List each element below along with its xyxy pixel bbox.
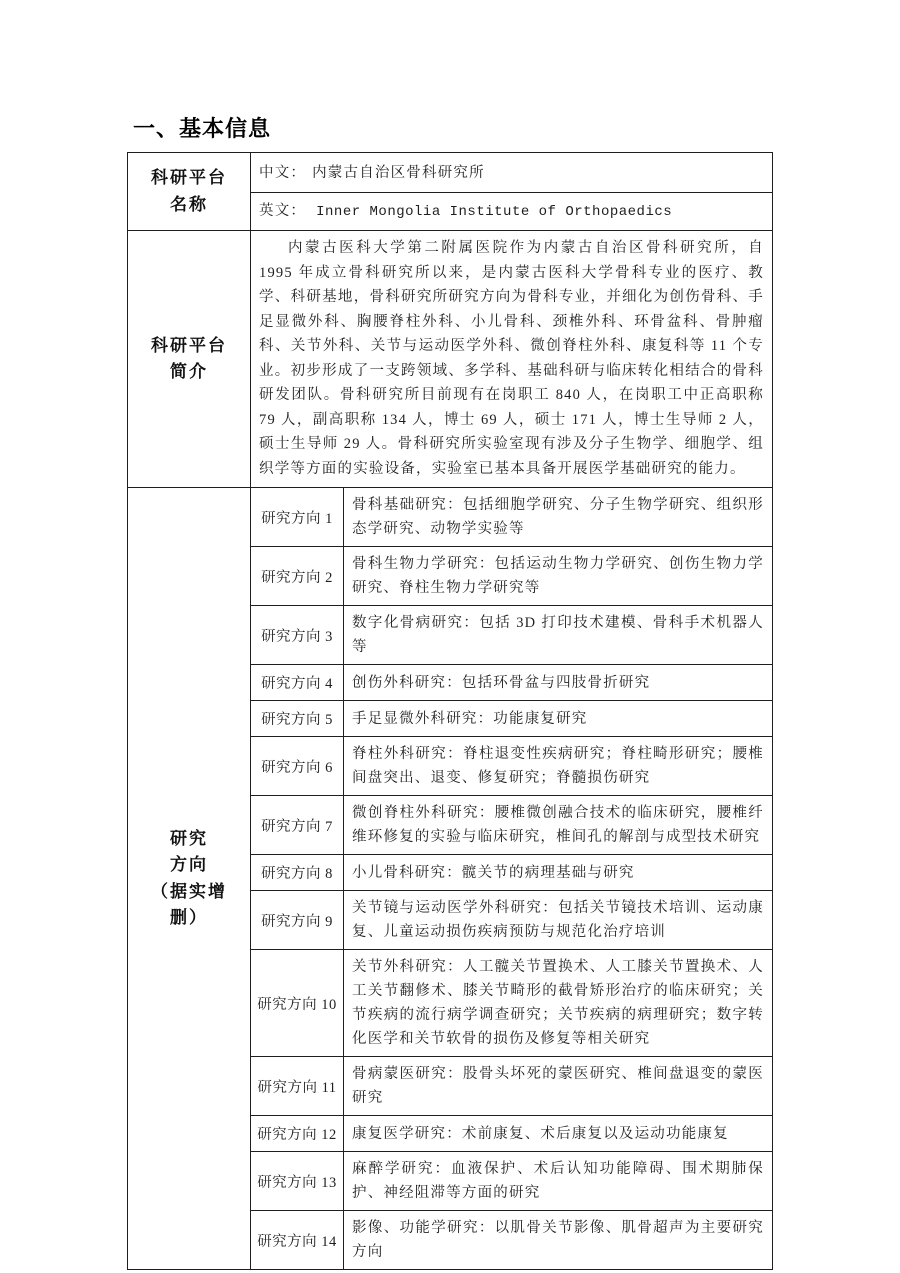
platform-intro-cell: 内蒙古医科大学第二附属医院作为内蒙古自治区骨科研究所，自 1995 年成立骨科研… (251, 231, 773, 488)
direction-label: 研究方向 2 (251, 547, 344, 606)
direction-label: 研究方向 1 (251, 488, 344, 547)
direction-label: 研究方向 13 (251, 1152, 344, 1211)
direction-label: 研究方向 9 (251, 891, 344, 950)
platform-name-en-cell: 英文：Inner Mongolia Institute of Orthopaed… (251, 193, 773, 231)
direction-text: 骨科生物力学研究：包括运动生物力学研究、创伤生物力学研究、脊柱生物力学研究等 (344, 547, 773, 606)
basic-info-table: 科研平台 名称 中文：内蒙古自治区骨科研究所 英文：Inner Mongolia… (127, 152, 773, 1270)
direction-label: 研究方向 11 (251, 1057, 344, 1116)
platform-intro-row: 科研平台 简介 内蒙古医科大学第二附属医院作为内蒙古自治区骨科研究所，自 199… (128, 231, 773, 488)
direction-label: 研究方向 10 (251, 950, 344, 1057)
direction-label: 研究方向 5 (251, 701, 344, 737)
direction-text: 关节外科研究：人工髋关节置换术、人工膝关节置换术、人工关节翻修术、膝关节畸形的截… (344, 950, 773, 1057)
page-title: 一、基本信息 (133, 112, 271, 143)
platform-intro-header: 科研平台 简介 (128, 231, 251, 488)
en-label: 英文： (259, 203, 306, 219)
direction-label: 研究方向 4 (251, 665, 344, 701)
direction-text: 小儿骨科研究：髋关节的病理基础与研究 (344, 855, 773, 891)
direction-text: 麻醉学研究：血液保护、术后认知功能障碍、围术期肺保护、神经阻滞等方面的研究 (344, 1152, 773, 1211)
document-page: 一、基本信息 科研平台 名称 中文：内蒙古自治区骨科研究所 英文：Inner M… (0, 0, 900, 1273)
direction-text: 微创脊柱外科研究：腰椎微创融合技术的临床研究，腰椎纤维环修复的实验与临床研究，椎… (344, 796, 773, 855)
direction-text: 手足显微外科研究：功能康复研究 (344, 701, 773, 737)
direction-label: 研究方向 3 (251, 606, 344, 665)
direction-text: 影像、功能学研究：以肌骨关节影像、肌骨超声为主要研究方向 (344, 1211, 773, 1270)
platform-name-en-value: Inner Mongolia Institute of Orthopaedics (316, 204, 672, 220)
platform-name-cn-value: 内蒙古自治区骨科研究所 (312, 165, 485, 181)
direction-text: 数字化骨病研究：包括 3D 打印技术建模、骨科手术机器人等 (344, 606, 773, 665)
direction-label: 研究方向 8 (251, 855, 344, 891)
direction-text: 康复医学研究：术前康复、术后康复以及运动功能康复 (344, 1116, 773, 1152)
direction-label: 研究方向 12 (251, 1116, 344, 1152)
direction-label: 研究方向 6 (251, 737, 344, 796)
platform-name-cn-row: 科研平台 名称 中文：内蒙古自治区骨科研究所 (128, 153, 773, 193)
cn-label: 中文： (259, 165, 306, 181)
direction-label: 研究方向 14 (251, 1211, 344, 1270)
direction-text: 关节镜与运动医学外科研究：包括关节镜技术培训、运动康复、儿童运动损伤疾病预防与规… (344, 891, 773, 950)
direction-text: 骨科基础研究：包括细胞学研究、分子生物学研究、组织形态学研究、动物学实验等 (344, 488, 773, 547)
direction-label: 研究方向 7 (251, 796, 344, 855)
platform-intro-text: 内蒙古医科大学第二附属医院作为内蒙古自治区骨科研究所，自 1995 年成立骨科研… (259, 236, 764, 481)
direction-row: 研究 方向 （据实增 删） 研究方向 1 骨科基础研究：包括细胞学研究、分子生物… (128, 488, 773, 547)
direction-text: 脊柱外科研究：脊柱退变性疾病研究；脊柱畸形研究；腰椎间盘突出、退变、修复研究；脊… (344, 737, 773, 796)
platform-name-header: 科研平台 名称 (128, 153, 251, 231)
direction-text: 骨病蒙医研究：股骨头坏死的蒙医研究、椎间盘退变的蒙医研究 (344, 1057, 773, 1116)
directions-header: 研究 方向 （据实增 删） (128, 488, 251, 1270)
direction-text: 创伤外科研究：包括环骨盆与四肢骨折研究 (344, 665, 773, 701)
platform-name-cn-cell: 中文：内蒙古自治区骨科研究所 (251, 153, 773, 193)
